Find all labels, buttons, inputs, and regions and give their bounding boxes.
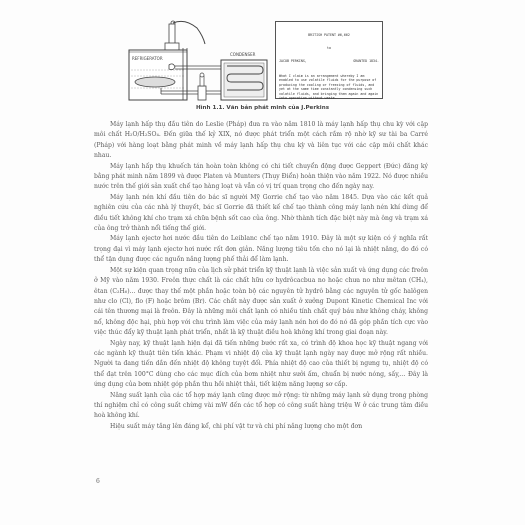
- paragraph: Hiệu suất máy tăng lên đáng kể, chi phí …: [94, 422, 428, 432]
- patent-granted: GRANTED 1834.: [353, 59, 379, 63]
- paragraph: Ngày nay, kỹ thuật lạnh hiện đại đã tiến…: [94, 339, 428, 391]
- page-number: 6: [96, 478, 100, 485]
- perkins-refrigerator-diagram: REFRIGERATOR CONDENSER: [125, 18, 270, 103]
- condenser-label: CONDENSER: [230, 52, 256, 57]
- patent-text-box: BRITISH PATENT #6,662 to JACOB PERKINS,G…: [275, 21, 383, 99]
- refrigerator-label: REFRIGERATOR: [132, 56, 163, 61]
- paragraph: Máy lạnh ejectơ hơi nước đầu tiên do Lei…: [94, 234, 428, 265]
- paragraph: Máy lạnh hấp thụ đầu tiên do Leslie (Phá…: [94, 120, 428, 162]
- patent-header: BRITISH PATENT #6,662: [279, 33, 379, 37]
- book-page: REFRIGERATOR CONDENSER: [0, 0, 525, 525]
- patent-grantee: JACOB PERKINS,: [279, 59, 307, 63]
- figure-caption: Hình 1.1. Văn bản phát minh của J.Perkin…: [0, 105, 525, 111]
- paragraph: Máy lạnh nén khí đầu tiên do bác sĩ ngườ…: [94, 193, 428, 235]
- paragraph: Máy lạnh hấp thụ khuếch tán hoàn toàn kh…: [94, 162, 428, 193]
- body-text: Máy lạnh hấp thụ đầu tiên do Leslie (Phá…: [94, 120, 428, 432]
- patent-to: to: [279, 46, 379, 50]
- paragraph: Một sự kiện quan trọng nữa của lịch sử p…: [94, 266, 428, 339]
- patent-body: What I claim is an arrangement whereby I…: [279, 74, 379, 100]
- paragraph: Năng suất lạnh của các tổ hợp máy lạnh c…: [94, 391, 428, 422]
- figure-1-1: REFRIGERATOR CONDENSER: [125, 18, 395, 103]
